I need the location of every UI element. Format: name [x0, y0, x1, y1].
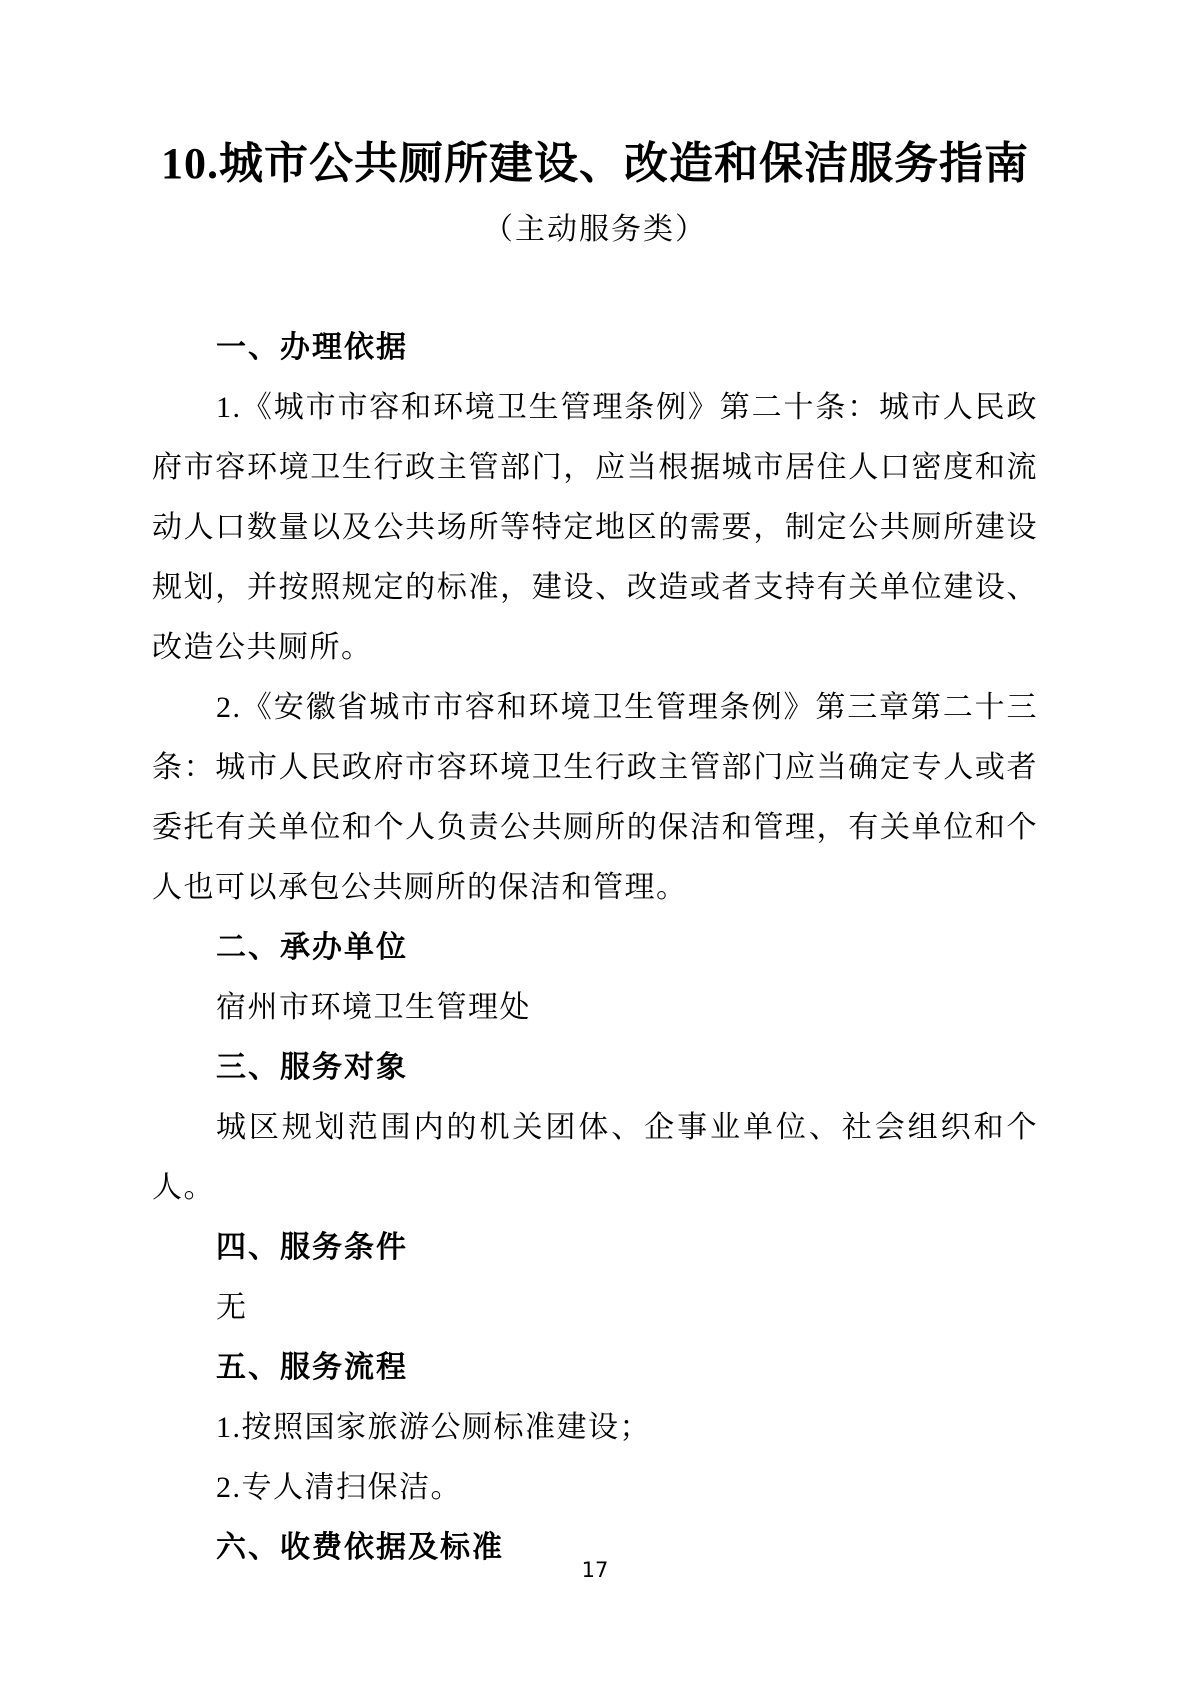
section-heading-3: 三、服务对象	[152, 1038, 1038, 1098]
page-subtitle: （主动服务类）	[152, 213, 1038, 247]
paragraph: 2.专人清扫保洁。	[152, 1458, 1038, 1518]
section-heading-1: 一、办理依据	[152, 318, 1038, 378]
paragraph: 2.《安徽省城市市容和环境卫生管理条例》第三章第二十三条：城市人民政府市容环境卫…	[152, 678, 1038, 918]
page-title: 10.城市公共厕所建设、改造和保洁服务指南	[152, 140, 1038, 188]
paragraph: 1.《城市市容和环境卫生管理条例》第二十条：城市人民政府市容环境卫生行政主管部门…	[152, 378, 1038, 678]
section-heading-4: 四、服务条件	[152, 1218, 1038, 1278]
document-page: 10.城市公共厕所建设、改造和保洁服务指南 （主动服务类） 一、办理依据 1.《…	[0, 0, 1190, 1683]
paragraph: 无	[152, 1278, 1038, 1338]
section-heading-5: 五、服务流程	[152, 1338, 1038, 1398]
paragraph: 宿州市环境卫生管理处	[152, 978, 1038, 1038]
page-number: 17	[0, 1557, 1190, 1583]
paragraph: 城区规划范围内的机关团体、企事业单位、社会组织和个人。	[152, 1098, 1038, 1218]
document-body: 一、办理依据 1.《城市市容和环境卫生管理条例》第二十条：城市人民政府市容环境卫…	[152, 318, 1038, 1578]
paragraph: 1.按照国家旅游公厕标准建设；	[152, 1398, 1038, 1458]
section-heading-2: 二、承办单位	[152, 918, 1038, 978]
